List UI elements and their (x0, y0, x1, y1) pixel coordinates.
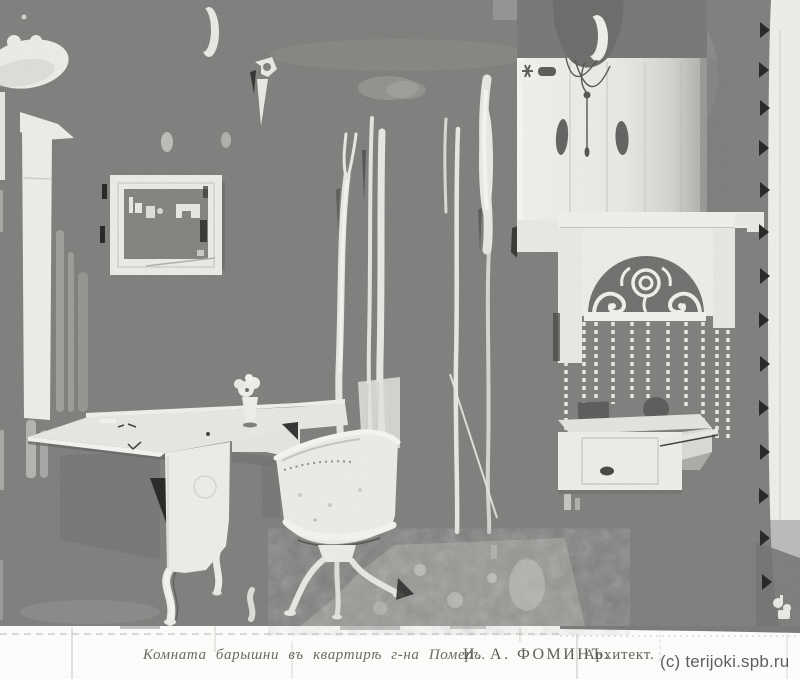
scanned-page: Комната барышни въ квартирѣ г-на Померъ.… (0, 0, 800, 679)
caption-architect-label: Архитект. (584, 647, 655, 664)
interior-photograph (0, 0, 800, 679)
photo-grain (0, 0, 800, 626)
watermark-text: (c) terijoki.spb.ru (660, 652, 789, 672)
photo-bottom-edge (120, 626, 800, 633)
caption-room-title: Комната барышни въ квартирѣ г-на Померъ. (143, 647, 486, 664)
